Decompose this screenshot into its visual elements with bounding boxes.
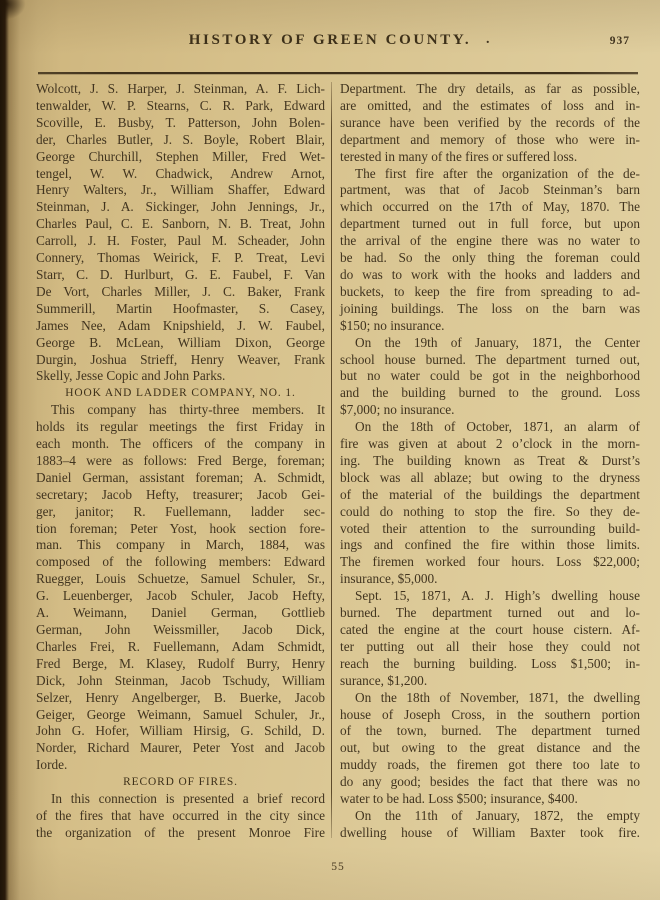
text-line: tion foreman; Peter Yost, hook section f… [36,521,325,538]
text-line: Ruegger, Louis Schuetze, Samuel Schuler,… [36,571,325,588]
text-line: Fred Berge, M. Klasey, Rudolf Burry, Hen… [36,656,325,673]
running-header: HISTORY OF GREEN COUNTY. . 937 [0,32,660,54]
text-line: dwelling house of William Baxter took fi… [340,825,640,842]
text-line: Department. The dry details, as far as p… [340,81,640,98]
text-line: and the building burned to the ground. L… [340,385,640,402]
text-line: This company has thirty-three members. I… [36,402,325,419]
text-line: John G. Hofer, William Hirsig, G. Schild… [36,723,325,740]
page-number: 937 [610,35,630,47]
text-line: A. Weimann, Daniel German, Gottlieb [36,605,325,622]
text-line: Skelly, Jesse Copic and John Parks. [36,368,325,385]
column-divider-rule [331,82,332,838]
text-line: fire was given at about 2 o’clock in the… [340,436,640,453]
text-line: cated the engine at the court house cist… [340,622,640,639]
text-line: On the 19th of January, 1871, the Center [340,335,640,352]
text-line: department turned out in full force, but… [340,216,640,233]
text-line: $150; no insurance. [340,318,640,335]
text-line: muddy roads, the firemen got there too l… [340,757,640,774]
text-line: Scoville, E. Busby, T. Patterson, John B… [36,115,325,132]
text-line: Norder, Richard Maurer, Peter Yost and J… [36,740,325,757]
text-line: could do nothing to stop the fire. So th… [340,504,640,521]
text-line: James Nee, Adam Knipshield, J. W. Faubel… [36,318,325,335]
header-rule [38,72,638,74]
text-line: of the material of the buildings the dep… [340,487,640,504]
text-line: Connery, Thomas Weirick, F. P. Treat, Le… [36,250,325,267]
text-line: surance, $1,200. [340,673,640,690]
text-line: ter putting out all their hose they coul… [340,639,640,656]
text-line: Steinman, J. A. Sickinger, John Jennings… [36,199,325,216]
text-line: On the 11th of January, 1872, the empty [340,808,640,825]
text-line: joining buildings. The loss on the barn … [340,301,640,318]
text-line: De Vort, Charles Miller, J. C. Baker, Fr… [36,284,325,301]
section-heading: HOOK AND LADDER COMPANY, NO. 1. [36,385,325,402]
text-line: Iorde. [36,757,325,774]
text-line: Daniel German, assistant foreman; A. Sch… [36,470,325,487]
text-line: German, John Weissmiller, Jacob Dick, [36,622,325,639]
text-line: Henry Walters, Jr., William Shaffer, Edw… [36,182,325,199]
text-line: water to be had. Loss $500; insurance, $… [340,791,640,808]
text-line: Summerill, Martin Hoofmaster, S. Casey, [36,301,325,318]
text-line: Durgin, Joshua Strieff, Henry Weaver, Fr… [36,352,325,369]
text-line: insurance, $5,000. [340,571,640,588]
text-line: Geiger, George Weimann, Samuel Schuler, … [36,707,325,724]
text-line: department and memory of those who were … [340,132,640,149]
text-line: The firemen worked four hours. Loss $22,… [340,554,640,571]
right-column: Department. The dry details, as far as p… [340,81,640,842]
text-line: but no water could be got in the neighbo… [340,368,640,385]
text-line: each month. The officers of the company … [36,436,325,453]
text-line: On the 18th of November, 1871, the dwell… [340,690,640,707]
left-column: Wolcott, J. S. Harper, J. Steinman, A. F… [36,81,325,842]
text-line: ing. The building known as Treat & Durst… [340,453,640,470]
text-line: holds its regular meetings the first Fri… [36,419,325,436]
text-line: surance have been verified by the record… [340,115,640,132]
text-line: terested in many of the fires or suffere… [340,149,640,166]
page-footer: 55 [36,857,640,875]
text-line: Sept. 15, 1871, A. J. High’s dwelling ho… [340,588,640,605]
text-line: Selzer, Henry Angelberger, B. Buerke, Ja… [36,690,325,707]
text-line: $7,000; no insurance. [340,402,640,419]
text-line: ger, janitor; R. Fuellemann, ladder sec- [36,504,325,521]
text-line: of the town, burned. The department turn… [340,723,640,740]
text-line: house of Joseph Cross, in the southern p… [340,707,640,724]
text-line: do was to work with the hooks and ladder… [340,267,640,284]
text-line: 1883–4 were as follows: Fred Berge, fore… [36,453,325,470]
text-line: be had. So the only thing the foreman co… [340,250,640,267]
text-line: buckets, to keep the fire from spreading… [340,284,640,301]
text-line: George Churchill, Stephen Miller, Fred W… [36,149,325,166]
text-line: which occurred on the 17th of May, 1870.… [340,199,640,216]
text-line: school house burned. The department turn… [340,352,640,369]
text-line: In this connection is presented a brief … [36,791,325,808]
text-line: are omitted, and the estimates of loss a… [340,98,640,115]
text-line: the organization of the present Monroe F… [36,825,325,842]
section-heading: RECORD OF FIRES. [36,774,325,791]
text-line: Starr, C. D. Hurlburt, G. E. Faubel, F. … [36,267,325,284]
text-line: block was all ablaze; but owing to the d… [340,470,640,487]
text-line: do any good; besides the fact that there… [340,774,640,791]
text-body: Wolcott, J. S. Harper, J. Steinman, A. F… [36,81,640,842]
text-line: reach the burning building. Loss $1,500;… [340,656,640,673]
text-line: George B. McLean, William Dixon, George [36,335,325,352]
text-line: composed of the following members: Edwar… [36,554,325,571]
book-page: HISTORY OF GREEN COUNTY. . 937 Wolcott, … [0,0,660,900]
text-line: G. Leuenberger, Jacob Schuler, Jacob Hef… [36,588,325,605]
text-line: Wolcott, J. S. Harper, J. Steinman, A. F… [36,81,325,98]
text-line: the arrival of the engine there was no w… [340,233,640,250]
text-line: ings and confined the fire within those … [340,537,640,554]
text-line: der, Charles Butler, J. S. Boyle, Robert… [36,132,325,149]
text-line: partment, was that of Jacob Steinman’s b… [340,182,640,199]
text-line: man. This company in March, 1884, was [36,537,325,554]
page-title: HISTORY OF GREEN COUNTY. [0,32,660,49]
text-line: Charles Frei, R. Fuellemann, Adam Schmid… [36,639,325,656]
text-line: out, but owing to the great distance and… [340,740,640,757]
text-line: tenwalder, W. P. Stearns, C. R. Park, Ed… [36,98,325,115]
text-line: secretary; Jacob Hefty, treasurer; Jacob… [36,487,325,504]
header-dot-mark: . [486,32,490,48]
text-line: Charles Paul, C. E. Sanborn, N. B. Treat… [36,216,325,233]
text-line: Carroll, J. H. Foster, Paul M. Scheader,… [36,233,325,250]
text-line: of the fires that have occurred in the c… [36,808,325,825]
text-line: burned. The department turned out and lo… [340,605,640,622]
text-line: The first fire after the organization of… [340,166,640,183]
text-line: voted their attention to the surrounding… [340,521,640,538]
text-line: On the 18th of October, 1871, an alarm o… [340,419,640,436]
signature-number: 55 [331,861,345,873]
text-line: tengel, W. W. Chadwick, Andrew Arnot, [36,166,325,183]
text-line: Dick, John Steinman, Jacob Tschudy, Will… [36,673,325,690]
